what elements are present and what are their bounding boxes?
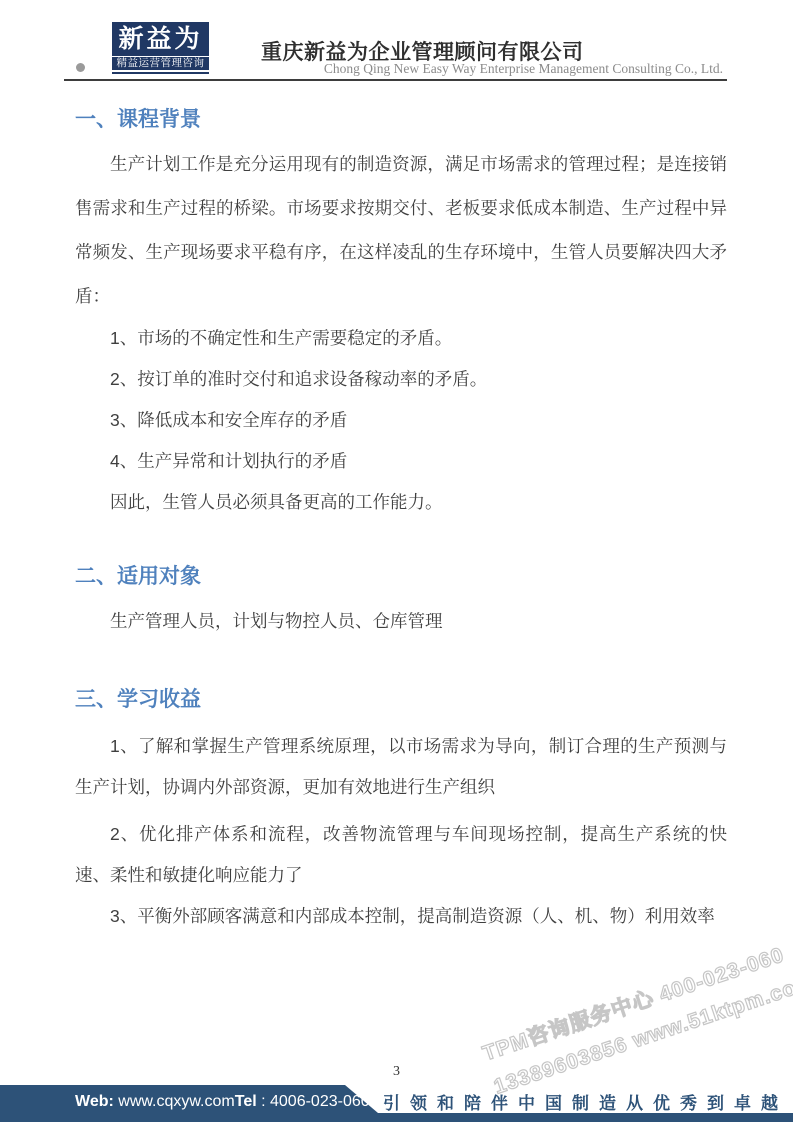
footer-web-value: www.cqxyw.com: [114, 1093, 235, 1110]
logo-wordmark: 新益为: [112, 22, 209, 56]
contradiction-item-1: 1、市场的不确定性和生产需要稳定的矛盾。: [75, 318, 727, 359]
bullet-dot-icon: [76, 63, 85, 72]
document-page: 新益为 精益运营管理咨询 重庆新益为企业管理顾问有限公司 Chong Qing …: [0, 0, 793, 1122]
footer-bar-bottom-strip: [345, 1113, 793, 1122]
benefit-item-1: 1、了解和掌握生产管理系统原理，以市场需求为导向，制订合理的生产预测与生产计划，…: [75, 726, 727, 808]
page-number: 3: [0, 1064, 793, 1080]
section-heading-course-background: 一、课程背景: [75, 106, 727, 134]
footer-web-label: Web:: [75, 1093, 114, 1110]
benefit-item-3: 3、平衡外部顾客满意和内部成本控制，提高制造资源（人、机、物）利用效率: [75, 896, 727, 937]
logo-tagline: 精益运营管理咨询: [112, 57, 209, 70]
footer-tel-label: Tel: [235, 1093, 257, 1110]
footer-tel-value: : 4006-023-060: [257, 1093, 370, 1110]
footer: Web: www.cqxyw.comTel : 4006-023-060 引领和…: [0, 1085, 793, 1122]
course-background-conclusion: 因此，生管人员必须具备更高的工作能力。: [75, 482, 727, 523]
target-audience-paragraph: 生产管理人员，计划与物控人员、仓库管理: [75, 607, 727, 635]
footer-slogan: 引领和陪伴中国制造从优秀到卓越: [383, 1089, 788, 1114]
section-heading-target-audience: 二、适用对象: [75, 563, 727, 591]
contradiction-item-4: 4、生产异常和计划执行的矛盾: [75, 441, 727, 482]
contradiction-item-2: 2、按订单的准时交付和追求设备稼动率的矛盾。: [75, 359, 727, 400]
footer-contact: Web: www.cqxyw.comTel : 4006-023-060: [75, 1093, 370, 1111]
contradiction-item-3: 3、降低成本和安全库存的矛盾: [75, 400, 727, 441]
document-body: 一、课程背景 生产计划工作是充分运用现有的制造资源，满足市场需求的管理过程；是连…: [75, 98, 727, 937]
benefit-item-2: 2、优化排产体系和流程，改善物流管理与车间现场控制，提高生产系统的快速、柔性和敏…: [75, 814, 727, 896]
header-divider: [64, 79, 727, 81]
logo-underline: [112, 72, 209, 74]
company-name-en: Chong Qing New Easy Way Enterprise Manag…: [324, 61, 723, 77]
watermark-line-2: 13389603856 www.51ktpm.com: [489, 964, 793, 1104]
course-background-paragraph: 生产计划工作是充分运用现有的制造资源，满足市场需求的管理过程；是连接销售需求和生…: [75, 142, 727, 318]
company-logo: 新益为 精益运营管理咨询: [112, 22, 209, 74]
watermark-line-1: TPM咨询服务中心 400-023-060: [478, 931, 793, 1071]
section-heading-learning-benefits: 三、学习收益: [75, 686, 727, 714]
